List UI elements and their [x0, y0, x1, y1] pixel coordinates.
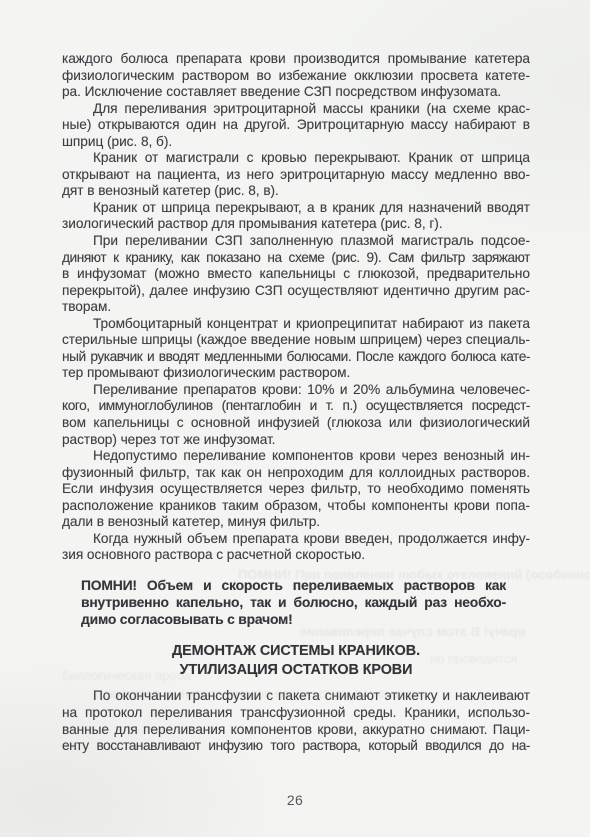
text-line: ПОМНИ! Объем и скорость переливаемых рас… [81, 577, 506, 594]
text-line: внутривенно капельно, так и болюсно, каж… [81, 594, 506, 611]
paragraph: Краник от шприца перекрывают, а в краник… [62, 200, 530, 233]
text-line: Переливание препаратов крови: 10% и 20% … [62, 382, 530, 399]
text-line: фузионный фильтр, так как он непроходим … [62, 465, 530, 482]
paragraph: При переливании СЗП заполненную плазмой … [62, 233, 530, 316]
text-line: вом капельницы с основной инфузией (глюк… [62, 415, 530, 432]
text-line: кого, иммуноглобулинов (пентаглобин и т.… [62, 398, 530, 415]
text-line: При переливании СЗП заполненную плазмой … [62, 233, 530, 250]
text-line: расположение краников таким образом, что… [62, 498, 530, 515]
text-line: Если инфузия осуществляется через фильтр… [62, 481, 530, 498]
text-line: Недопустимо переливание компонентов кров… [62, 448, 530, 465]
text-line: открывают на пациента, из него эритроцит… [62, 167, 530, 184]
text-line: УТИЛИЗАЦИЯ ОСТАТКОВ КРОВИ [62, 661, 530, 680]
text-line: в инфузомат (можно вместо капельницы с г… [62, 266, 530, 283]
text-line: Краник от магистрали с кровью перекрываю… [62, 150, 530, 167]
text-line: Тромбоцитарный концентрат и криопреципит… [62, 316, 530, 333]
text-line: дят в венозный катетер (рис. 8, в). [62, 183, 530, 200]
text-line: По окончании трансфузии с пакета снимают… [62, 688, 530, 705]
paragraph: Когда нужный объем препарата крови введе… [62, 531, 530, 564]
reminder-note: ПОМНИ! Объем и скорость переливаемых рас… [81, 577, 506, 628]
text-line: ванные для переливания компонентов крови… [62, 722, 530, 739]
paragraph: Тромбоцитарный концентрат и криопреципит… [62, 316, 530, 382]
text-line: дали в венозный катетер, минуя фильтр. [62, 514, 530, 531]
book-page: каждого болюса препарата крови производи… [0, 0, 590, 837]
text-line: Для переливания эритроцитарной массы кра… [62, 101, 530, 118]
text-line: тер промывают физиологическим раствором. [62, 365, 530, 382]
paragraph: каждого болюса препарата крови производи… [62, 51, 530, 101]
text-line: ные) открываются один на другой. Эритроц… [62, 117, 530, 134]
paragraph: Для переливания эритроцитарной массы кра… [62, 101, 530, 151]
paragraph: По окончании трансфузии с пакета снимают… [62, 688, 530, 754]
text-line: ДЕМОНТАЖ СИСТЕМЫ КРАНИКОВ. [62, 642, 530, 661]
text-line: перекрытой), далее инфузию СЗП осуществл… [62, 283, 530, 300]
text-line: стерильные шприцы (каждое введение новым… [62, 332, 530, 349]
text-line: раствор) через тот же инфузомат. [62, 432, 530, 449]
text-line: диняют к кранику, как показано на схеме … [62, 250, 530, 267]
paragraph: Переливание препаратов крови: 10% и 20% … [62, 382, 530, 448]
section-heading: ДЕМОНТАЖ СИСТЕМЫ КРАНИКОВ.УТИЛИЗАЦИЯ ОСТ… [62, 642, 530, 679]
text-line: енту восстанавливают инфузию того раство… [62, 738, 530, 755]
text-line: каждого болюса препарата крови производи… [62, 51, 530, 68]
text-line: ра. Исключение составляет введение СЗП п… [62, 84, 530, 101]
text-line: ный рукавчик и вводят медленными болюсам… [62, 349, 530, 366]
text-line: зия основного раствора с расчетной скоро… [62, 547, 530, 564]
text-line: шприц (рис. 8, б). [62, 134, 530, 151]
text-line: физиологическим раствором во избежание о… [62, 68, 530, 85]
page-number: 26 [0, 792, 590, 808]
text-line: на протокол переливания трансфузионной с… [62, 705, 530, 722]
text-line: зиологический раствор для промывания кат… [62, 216, 530, 233]
paragraph: Недопустимо переливание компонентов кров… [62, 448, 530, 531]
text-line: Краник от шприца перекрывают, а в краник… [62, 200, 530, 217]
text-line: димо согласовывать с врачом! [81, 611, 506, 628]
text-column: каждого болюса препарата крови производи… [62, 51, 530, 755]
text-line: Когда нужный объем препарата крови введе… [62, 531, 530, 548]
text-line: творам. [62, 299, 530, 316]
paragraph: Краник от магистрали с кровью перекрываю… [62, 150, 530, 200]
